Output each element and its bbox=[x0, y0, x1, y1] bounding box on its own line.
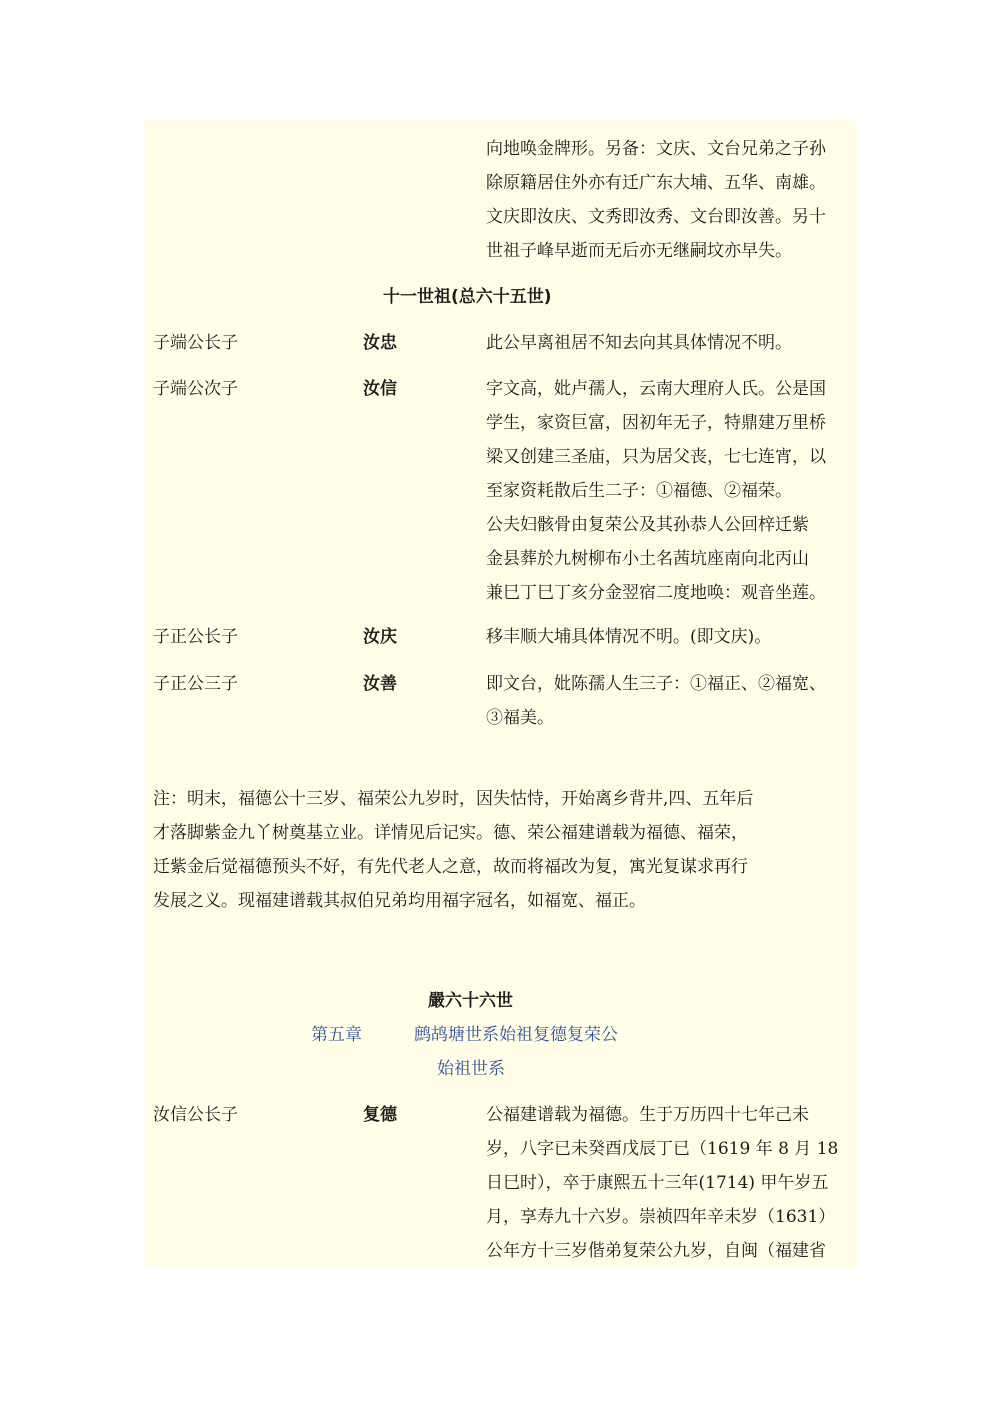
text-line: 公夫妇骸骨由复荣公及其孙恭人公回梓迁紫 bbox=[486, 508, 858, 542]
text-line: 月，享寿九十六岁。崇祯四年辛未岁（1631） bbox=[486, 1200, 858, 1234]
text-line: 世祖子峰早逝而无后亦无继嗣坟亦早失。 bbox=[486, 234, 858, 268]
section-heading-11th-generation: 十一世祖(总六十五世) bbox=[383, 280, 552, 314]
entry-description: 公福建谱载为福德。生于万历四十七年己未 岁，八字已未癸酉戊辰丁已（1619 年 … bbox=[486, 1098, 858, 1268]
text-line: 至家资耗散后生二子：①福德、②福荣。 bbox=[486, 474, 858, 508]
text-line: 梁又创建三圣庙，只为居父丧，七七连宵，以 bbox=[486, 440, 858, 474]
chapter-label: 第五章 bbox=[311, 1018, 362, 1052]
text-line: 字文高，妣卢孺人，云南大理府人氏。公是国 bbox=[486, 372, 858, 406]
entry-relation: 子正公三子 bbox=[153, 667, 238, 701]
document-panel: 向地唤金牌形。另备：文庆、文台兄弟之子孙 除原籍居住外亦有迁广东大埔、五华、南雄… bbox=[145, 120, 857, 1268]
entry-relation: 子端公次子 bbox=[153, 372, 238, 406]
entry-relation: 子端公长子 bbox=[153, 326, 238, 360]
entry-relation: 汝信公长子 bbox=[153, 1098, 238, 1132]
text-line: 兼巳丁巳丁亥分金翌宿二度地唤：观音坐莲。 bbox=[486, 576, 858, 610]
entry-relation: 子正公长子 bbox=[153, 620, 238, 654]
text-line: 公年方十三岁偕弟复荣公九岁，自闽（福建省 bbox=[486, 1234, 858, 1268]
text-line: 向地唤金牌形。另备：文庆、文台兄弟之子孙 bbox=[486, 132, 858, 166]
text-line: 金县葬於九树柳布小土名茜坑座南向北丙山 bbox=[486, 542, 858, 576]
entry-name: 复德 bbox=[363, 1098, 397, 1132]
entry-description: 此公早离祖居不知去向其具体情况不明。 bbox=[486, 326, 858, 360]
text-line: 岁，八字已未癸酉戊辰丁已（1619 年 8 月 18 bbox=[486, 1132, 858, 1166]
text-line: 发展之义。现福建谱载其叔伯兄弟均用福字冠名，如福宽、福正。 bbox=[153, 884, 753, 918]
text-line: ③福美。 bbox=[486, 701, 858, 735]
entry-name: 汝信 bbox=[363, 372, 397, 406]
text-line: 此公早离祖居不知去向其具体情况不明。 bbox=[486, 326, 858, 360]
text-line: 迁紫金后觉福德预头不好，有先代老人之意，故而将福改为复，寓光复谋求再行 bbox=[153, 850, 753, 884]
note-paragraph: 注：明末，福德公十三岁、福荣公九岁时，因失怙恃，开始离乡背井,四、五年后 才落脚… bbox=[153, 782, 753, 918]
entry-description: 字文高，妣卢孺人，云南大理府人氏。公是国 学生，家资巨富，因初年无子，特鼎建万里… bbox=[486, 372, 858, 610]
continuation-text: 向地唤金牌形。另备：文庆、文台兄弟之子孙 除原籍居住外亦有迁广东大埔、五华、南雄… bbox=[486, 132, 858, 268]
text-line: 学生，家资巨富，因初年无子，特鼎建万里桥 bbox=[486, 406, 858, 440]
text-line: 注：明末，福德公十三岁、福荣公九岁时，因失怙恃，开始离乡背井,四、五年后 bbox=[153, 782, 753, 816]
entry-description: 移丰顺大埔具体情况不明。(即文庆)。 bbox=[486, 620, 858, 654]
entry-description: 即文台，妣陈孺人生三子：①福正、②福宽、 ③福美。 bbox=[486, 667, 858, 735]
generation-heading: 嚴六十六世 bbox=[428, 984, 513, 1018]
entry-name: 汝庆 bbox=[363, 620, 397, 654]
text-line: 除原籍居住外亦有迁广东大埔、五华、南雄。 bbox=[486, 166, 858, 200]
text-line: 才落脚紫金九丫树奠基立业。详情见后记实。德、荣公福建谱载为福德、福荣， bbox=[153, 816, 753, 850]
entry-name: 汝善 bbox=[363, 667, 397, 701]
entry-name: 汝忠 bbox=[363, 326, 397, 360]
chapter-subtitle: 始祖世系 bbox=[437, 1052, 505, 1086]
text-line: 日巳时），卒于康熙五十三年(1714) 甲午岁五 bbox=[486, 1166, 858, 1200]
text-line: 即文台，妣陈孺人生三子：①福正、②福宽、 bbox=[486, 667, 858, 701]
text-line: 移丰顺大埔具体情况不明。(即文庆)。 bbox=[486, 620, 858, 654]
text-line: 文庆即汝庆、文秀即汝秀、文台即汝善。另十 bbox=[486, 200, 858, 234]
text-line: 公福建谱载为福德。生于万历四十七年己未 bbox=[486, 1098, 858, 1132]
chapter-title: 鹧鸪塘世系始祖复德复荣公 bbox=[414, 1018, 618, 1052]
